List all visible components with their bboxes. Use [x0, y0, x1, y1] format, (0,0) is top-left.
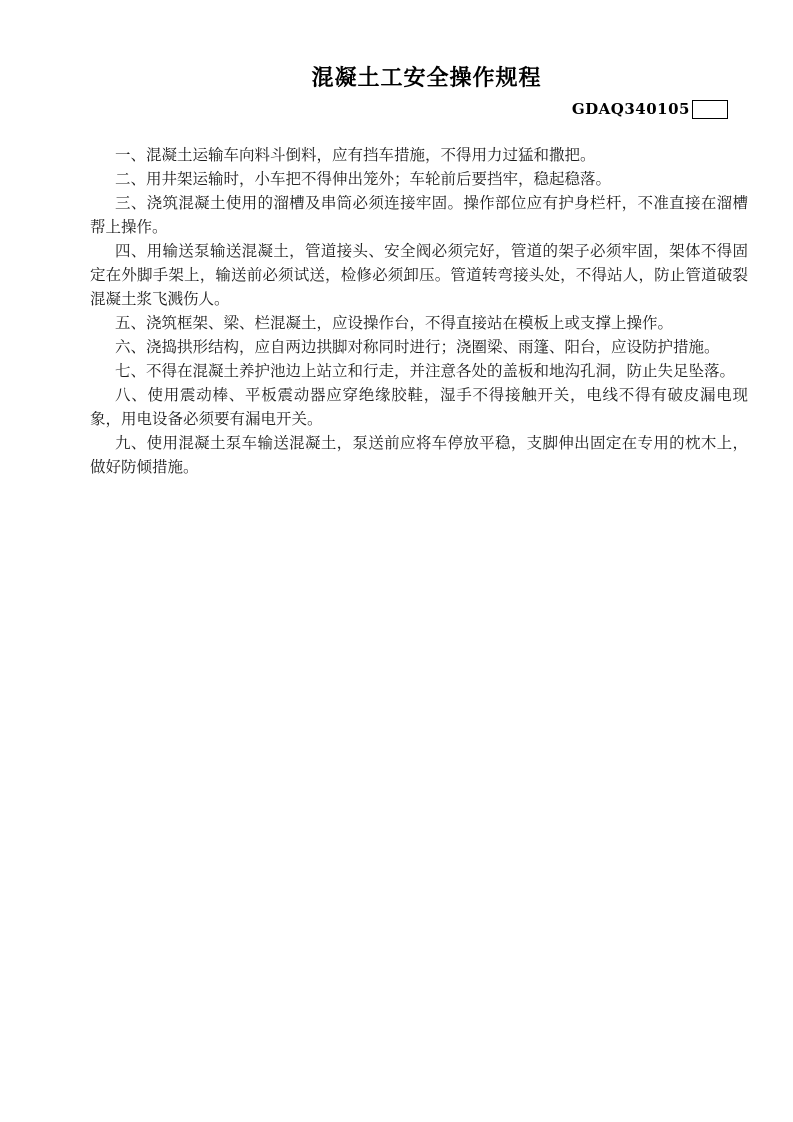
rule-paragraph-7: 七、不得在混凝土养护池边上站立和行走，并注意各处的盖板和地沟孔洞，防止失足坠落。 [90, 359, 748, 383]
rule-paragraph-9: 九、使用混凝土泵车输送混凝土，泵送前应将车停放平稳，支脚伸出固定在专用的枕木上，… [90, 431, 748, 479]
rule-paragraph-8: 八、使用震动棒、平板震动器应穿绝缘胶鞋，湿手不得接触开关，电线不得有破皮漏电现象… [90, 383, 748, 431]
doc-code: GDAQ340105 [572, 100, 690, 119]
doc-code-row: GDAQ340105 [0, 99, 793, 119]
doc-body: 一、混凝土运输车向料斗倒料，应有挡车措施，不得用力过猛和撒把。 二、用井架运输时… [0, 143, 793, 479]
rule-paragraph-2: 二、用井架运输时，小车把不得伸出笼外；车轮前后要挡牢，稳起稳落。 [90, 167, 748, 191]
rule-paragraph-5: 五、浇筑框架、梁、栏混凝土，应设操作台，不得直接站在模板上或支撑上操作。 [90, 311, 748, 335]
rule-paragraph-4: 四、用输送泵输送混凝土，管道接头、安全阀必须完好，管道的架子必须牢固，架体不得固… [90, 239, 748, 311]
document-page: 混凝土工安全操作规程 GDAQ340105 一、混凝土运输车向料斗倒料，应有挡车… [0, 0, 793, 1122]
rule-paragraph-3: 三、浇筑混凝土使用的溜槽及串筒必须连接牢固。操作部位应有护身栏杆，不准直接在溜槽… [90, 191, 748, 239]
page-title: 混凝土工安全操作规程 [30, 0, 793, 94]
doc-code-box [692, 100, 728, 119]
rule-paragraph-1: 一、混凝土运输车向料斗倒料，应有挡车措施，不得用力过猛和撒把。 [90, 143, 748, 167]
rule-paragraph-6: 六、浇捣拱形结构，应自两边拱脚对称同时进行；浇圈梁、雨篷、阳台，应设防护措施。 [90, 335, 748, 359]
